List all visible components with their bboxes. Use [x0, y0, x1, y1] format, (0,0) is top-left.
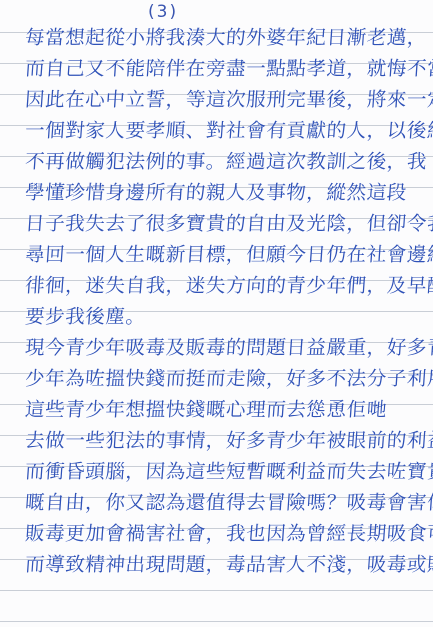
- text-line: 一個對家人要孝順、對社會有貢獻的人，以後絕: [24, 115, 431, 146]
- text-line: 而衝昏頭腦，因為這些短暫嘅利益而失去咗寶貴: [24, 456, 431, 487]
- text-line: 學懂珍惜身邊所有的親人及事物，縱然這段: [24, 177, 431, 208]
- text-line: 去做一些犯法的事情，好多青少年被眼前的利益: [24, 425, 431, 456]
- text-line: 這些青少年想搵快錢嘅心理而去慫恿佢哋: [24, 394, 431, 425]
- text-line: 現今青少年吸毒及販毒的問題日益嚴重，好多青: [24, 332, 431, 363]
- text-line: 尋回一個人生嘅新目標，但願今日仍在社會邊緣: [24, 239, 431, 270]
- text-line: 徘徊，迷失自我，迷失方向的青少年們，及早醒覺，不: [24, 270, 431, 301]
- text-line: 而導致精神出現問題，毒品害人不淺，吸毒或販毒: [24, 549, 431, 580]
- text-line: 日子我失去了很多寶貴的自由及光陰，但卻令我: [24, 208, 431, 239]
- text-line: 少年為咗搵快錢而挺而走險，好多不法分子利用: [24, 363, 431, 394]
- text-line: 販毒更加會禍害社會，我也因為曾經長期吸食可卡因: [24, 518, 431, 549]
- handwritten-page: (3) 每當想起從小將我湊大的外婆年紀日漸老邁， 而自己又不能陪伴在旁盡一點點孝…: [0, 0, 433, 627]
- text-line: 不再做觸犯法例的事。經過這次教訓之後，我: [24, 146, 431, 177]
- text-line: 每當想起從小將我湊大的外婆年紀日漸老邁，: [24, 22, 431, 53]
- text-line: 嘅自由，你又認為還值得去冒險嗎？吸毒會害你一生，: [24, 487, 431, 518]
- page-number: (3): [148, 2, 178, 22]
- handwritten-text-body: 每當想起從小將我湊大的外婆年紀日漸老邁， 而自己又不能陪伴在旁盡一點點孝道，就悔…: [24, 22, 429, 580]
- text-line: 要步我後塵。: [24, 301, 431, 332]
- text-line: 而自己又不能陪伴在旁盡一點點孝道，就悔不當初。: [24, 53, 431, 84]
- text-line: 因此在心中立誓，等這次服刑完畢後，將來一定要做: [24, 84, 431, 115]
